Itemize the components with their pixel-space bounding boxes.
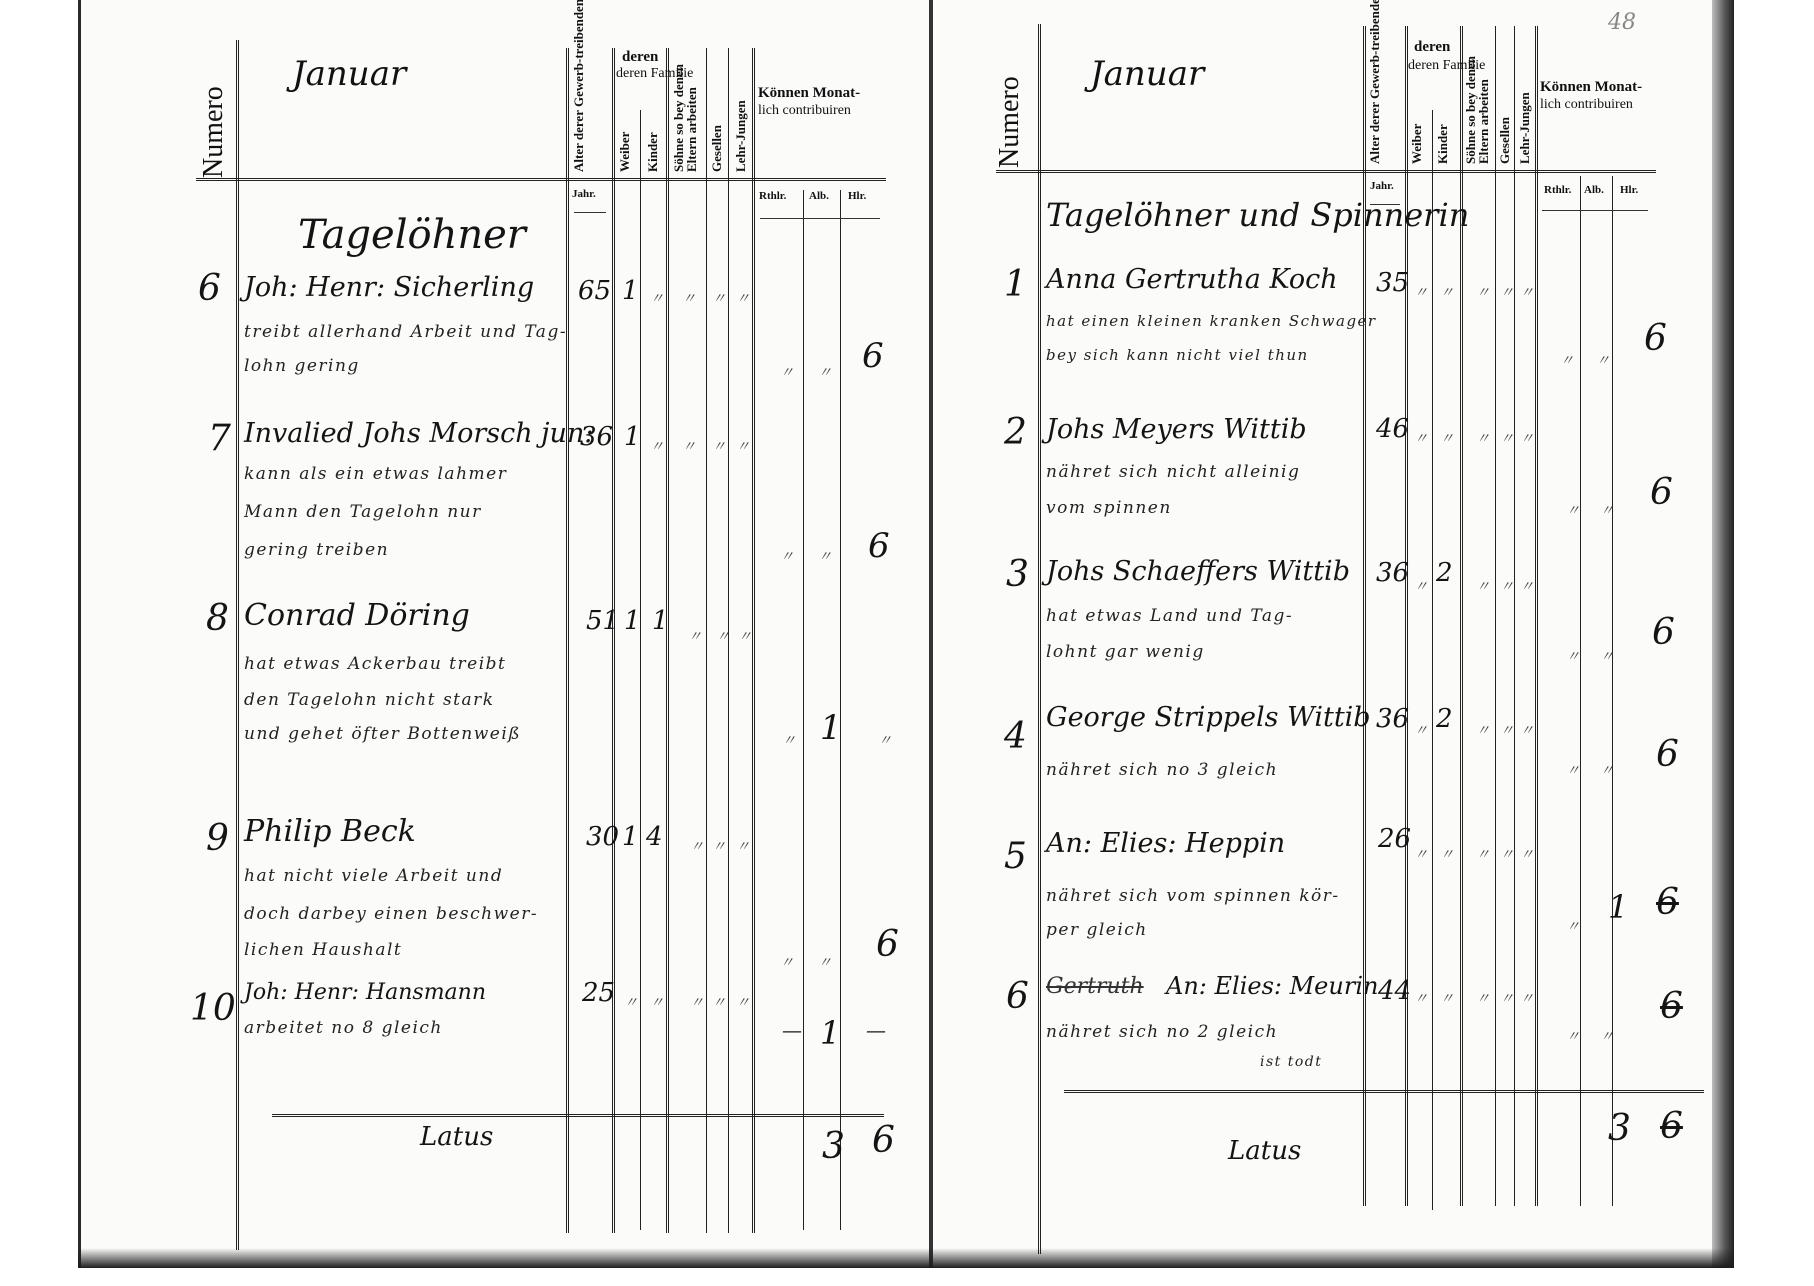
age: 51 <box>586 606 619 636</box>
age: 44 <box>1378 976 1411 1006</box>
struck-name: Gertruth <box>1046 974 1144 999</box>
contribution-hlr: 6 <box>1656 734 1679 775</box>
subheader-alb: Alb. <box>1584 184 1604 196</box>
header-deren: deren <box>622 50 658 65</box>
header-koennen-line1: Können Monat- <box>758 86 860 101</box>
header-soehne: Söhne so bey denen Eltern arbeiten <box>1464 24 1490 164</box>
contribution-hlr: 6 <box>876 924 899 965</box>
person-name: Johs Meyers Wittib <box>1046 414 1307 445</box>
header-lehrjungen: Lehr-Jungen <box>734 100 747 172</box>
contribution-hlr: 6 <box>1652 612 1675 653</box>
header-deren: deren <box>1414 40 1450 55</box>
header-gesellen: Gesellen <box>1498 117 1511 164</box>
total-hlr: 6 <box>1660 1106 1683 1147</box>
age: 36 <box>1376 704 1409 734</box>
header-gesellen: Gesellen <box>710 125 723 172</box>
right-page <box>934 0 1730 1268</box>
age: 36 <box>1376 558 1409 588</box>
subheader-hlr: Hlr. <box>848 190 866 202</box>
header-weiber: Weiber <box>1410 124 1423 164</box>
contribution-alb: 1 <box>1608 888 1628 926</box>
age: 46 <box>1376 414 1409 444</box>
latus-label: Latus <box>420 1122 493 1152</box>
age: 36 <box>580 422 613 452</box>
header-koennen-line1: Können Monat- <box>1540 80 1642 95</box>
contribution-hlr: 6 <box>1650 472 1673 513</box>
header-alter: Alter derer Gewerb-treibenden <box>572 0 585 172</box>
total-hlr: 6 <box>872 1120 895 1161</box>
contribution-hlr: 6 <box>862 336 884 376</box>
person-name: An: Elies: Heppin <box>1046 828 1285 859</box>
person-name: Conrad Döring <box>244 598 470 633</box>
contribution-hlr: 6 <box>868 526 890 566</box>
contribution-hlr: 6 <box>1644 318 1667 359</box>
header-weiber: Weiber <box>618 132 631 172</box>
age: 65 <box>578 276 611 306</box>
total-alb: 3 <box>822 1126 845 1167</box>
contribution-hlr: 6 <box>1660 986 1683 1027</box>
bottom-edge-shadow <box>78 1248 1734 1268</box>
contribution-alb: 1 <box>820 1014 840 1052</box>
month-heading: Januar <box>1090 54 1204 94</box>
header-kinder: Kinder <box>1436 124 1449 164</box>
numero-header: Numero <box>994 76 1026 168</box>
age: 25 <box>582 978 615 1008</box>
month-heading: Januar <box>292 54 406 94</box>
section-title: Tagelöhner und Spinnerin <box>1046 196 1469 234</box>
person-name: Johs Schaeffers Wittib <box>1046 556 1350 587</box>
header-alter: Alter derer Gewerb-treibenden <box>1368 0 1381 164</box>
subheader-hlr: Hlr. <box>1620 184 1638 196</box>
person-name: Anna Gertrutha Koch <box>1046 264 1338 295</box>
latus-label: Latus <box>1228 1136 1301 1166</box>
person-name: Philip Beck <box>244 814 416 849</box>
header-koennen-line2: lich contribuiren <box>758 103 851 118</box>
total-alb: 3 <box>1608 1108 1631 1149</box>
subheader-jahr: Jahr. <box>572 188 596 200</box>
person-name: George Strippels Wittib <box>1046 702 1371 733</box>
subheader-rthlr: Rthlr. <box>1544 184 1571 196</box>
person-name: An: Elies: Meurin <box>1166 972 1378 1000</box>
age: 26 <box>1378 824 1411 854</box>
subheader-rthlr: Rthlr. <box>759 190 786 202</box>
header-kinder: Kinder <box>646 132 659 172</box>
contribution-alb: 1 <box>820 708 842 748</box>
book-spine <box>929 0 933 1268</box>
person-name: Joh: Henr: Hansmann <box>244 980 486 1005</box>
header-koennen-line2: lich contribuiren <box>1540 97 1633 112</box>
numero-header: Numero <box>198 86 230 178</box>
section-title: Tagelöhner <box>298 212 526 258</box>
subheader-jahr: Jahr. <box>1370 180 1394 192</box>
person-name: Joh: Henr: Sicherling <box>244 272 534 303</box>
age: 35 <box>1376 268 1409 298</box>
folio-number: 48 <box>1608 10 1636 35</box>
page-edge-shadow <box>1712 0 1734 1268</box>
subheader-alb: Alb. <box>809 190 829 202</box>
person-name: Invalied Johs Morsch jun: <box>244 418 593 449</box>
header-soehne: Söhne so bey denen Eltern arbeiten <box>672 32 698 172</box>
contribution-hlr: 6 <box>1656 882 1679 923</box>
header-lehrjungen: Lehr-Jungen <box>1518 92 1531 164</box>
age: 30 <box>586 822 619 852</box>
